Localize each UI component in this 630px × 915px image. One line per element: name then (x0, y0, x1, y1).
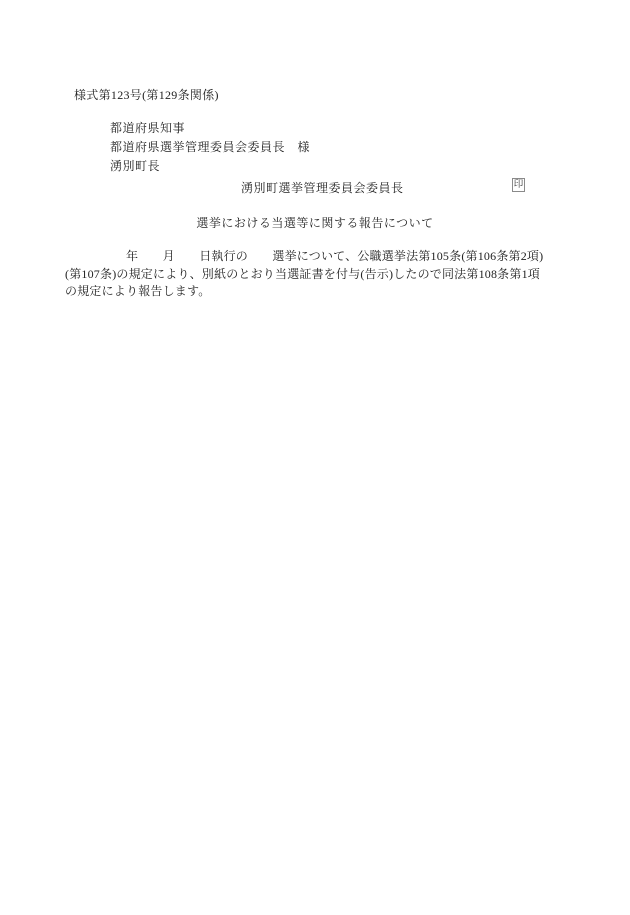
sender-title: 湧別町選挙管理委員会委員長 (241, 181, 404, 195)
form-number: 様式第123号(第129条関係) (74, 88, 219, 102)
addressee-prefectural-governor: 都道府県知事 (110, 119, 310, 138)
body-paragraph: 年 月 日執行の 選挙について、公職選挙法第105条(第106条第2項) (第1… (65, 248, 543, 301)
body-line-1: 年 月 日執行の 選挙について、公職選挙法第105条(第106条第2項) (65, 248, 543, 266)
body-line-2: (第107条)の規定により、別紙のとおり当選証書を付与(告示)したので同法第10… (65, 266, 543, 284)
addressee-block: 都道府県知事 都道府県選挙管理委員会委員長 様 湧別町長 (110, 119, 310, 176)
body-line-3: の規定により報告します。 (65, 283, 543, 301)
subject-title: 選挙における当選等に関する報告について (0, 216, 630, 230)
seal-placeholder-icon: 印 (512, 178, 525, 192)
document-page: 様式第123号(第129条関係) 都道府県知事 都道府県選挙管理委員会委員長 様… (0, 0, 630, 915)
addressee-prefectural-election-committee-chair: 都道府県選挙管理委員会委員長 様 (110, 138, 310, 157)
addressee-yubetsu-town-mayor: 湧別町長 (110, 157, 310, 176)
